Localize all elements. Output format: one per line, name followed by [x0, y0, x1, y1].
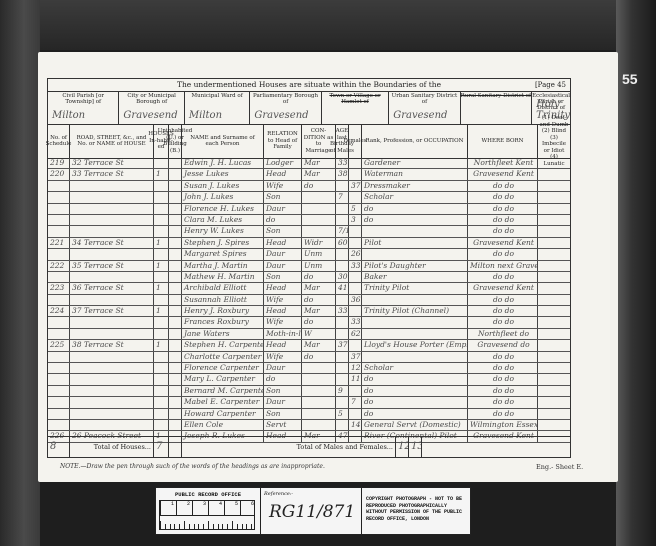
cell-born: do do: [468, 386, 538, 396]
cell-occupation: do: [362, 215, 468, 225]
cell-uninhabited: [169, 181, 182, 191]
cell-address: [70, 272, 154, 282]
cell-name: Mathew H. Martin: [182, 272, 264, 282]
cell-born: do do: [468, 397, 538, 407]
district-label: Town or Village or Hamlet of: [322, 91, 388, 105]
cell-occupation: [362, 329, 468, 339]
cell-address: 35 Terrace St: [70, 261, 154, 271]
cell-name: Clara M. Lukes: [182, 215, 264, 225]
district-label: Urban Sanitary District of: [389, 91, 459, 105]
cell-address: [70, 420, 154, 430]
cell-condition: do: [302, 181, 336, 191]
column-header: NAME and Surname of each Person: [182, 124, 264, 158]
table-row: Margaret SpiresDaurUnm26do do: [48, 249, 570, 260]
cell-uninhabited: [169, 169, 182, 179]
cell-age-f: 14: [349, 420, 362, 430]
cell-born: do do: [468, 181, 538, 191]
cell-infirmity: [538, 420, 570, 430]
district-cell: Town or Village or Hamlet of: [322, 91, 389, 124]
cell-born: do do: [468, 204, 538, 214]
cell-born: Gravesend Kent: [468, 283, 538, 293]
cell-age-f: [349, 192, 362, 202]
cell-occupation: do: [362, 409, 468, 419]
cell-uninhabited: [169, 306, 182, 316]
pro-ruler-section: PUBLIC RECORD OFFICE 123456: [156, 488, 261, 534]
district-value: Gravesend: [254, 110, 308, 121]
public-record-office-label: PUBLIC RECORD OFFICE 123456 Reference:- …: [155, 487, 471, 535]
district-value: Gravesend: [393, 110, 447, 121]
district-header-row: Civil Parish [or Township] ofMiltonCity …: [48, 91, 570, 125]
table-row: 22538 Terrace St1Stephen H. CarpenterHea…: [48, 340, 570, 351]
cell-born: Northfleet Kent: [468, 158, 538, 168]
cell-address: 37 Terrace St: [70, 306, 154, 316]
reference-number: RG11/871: [269, 502, 355, 522]
cell-age-m: 30: [336, 272, 349, 282]
column-header: No. of Schedule: [48, 124, 70, 158]
cell-condition: Unm: [302, 249, 336, 259]
cell-condition: do: [302, 317, 336, 327]
sheet-label: Eng.- Sheet E.: [536, 463, 583, 471]
cell-occupation: Scholar: [362, 192, 468, 202]
cell-relation: Head: [264, 238, 302, 248]
cell-occupation: do: [362, 374, 468, 384]
pro-reference-section: Reference:- RG11/871: [261, 488, 362, 534]
cell-infirmity: [538, 352, 570, 362]
district-value: Milton: [189, 110, 222, 121]
cell-address: [70, 226, 154, 236]
cell-occupation: Pilot's Daughter: [362, 261, 468, 271]
cell-born: do do: [468, 215, 538, 225]
cell-inhabited: [154, 420, 169, 430]
cell-schedule: [48, 409, 70, 419]
scan-background-top: [0, 0, 656, 50]
cell-infirmity: [538, 306, 570, 316]
cell-address: 36 Terrace St: [70, 283, 154, 293]
cell-infirmity: [538, 181, 570, 191]
cell-schedule: [48, 215, 70, 225]
cell-age-f: 36: [349, 295, 362, 305]
district-cell: Parliamentary Borough ofGravesend: [250, 91, 321, 124]
cell-name: Jesse Lukes: [182, 169, 264, 179]
cell-born: do do: [468, 409, 538, 419]
cell-born: Gravesend Kent: [468, 169, 538, 179]
table-row: Charlotte CarpenterWifedo37do do: [48, 352, 570, 363]
cell-age-f: [349, 283, 362, 293]
cell-infirmity: [538, 238, 570, 248]
cell-infirmity: [538, 363, 570, 373]
total-females: 13: [409, 437, 422, 457]
cell-inhabited: [154, 317, 169, 327]
cell-uninhabited: [169, 352, 182, 362]
cell-relation: Servt: [264, 420, 302, 430]
cell-schedule: 222: [48, 261, 70, 271]
cell-address: 38 Terrace St: [70, 340, 154, 350]
column-header: RELATION to Head of Family: [264, 124, 302, 158]
cell-inhabited: 1: [154, 283, 169, 293]
cell-age-f: 33: [349, 261, 362, 271]
total-males: 12: [396, 437, 409, 457]
total-schedules: 8: [48, 437, 70, 457]
cell-relation: Wife: [264, 352, 302, 362]
cell-name: Bernard M. Carpenter: [182, 386, 264, 396]
cell-age-f: [349, 386, 362, 396]
cell-condition: do: [302, 295, 336, 305]
district-value: Milton: [52, 110, 85, 121]
cell-relation: Head: [264, 283, 302, 293]
cell-age-m: [336, 249, 349, 259]
district-label: Rural Sanitary District of: [461, 91, 531, 99]
table-row: Susannah ElliottWifedo36do do: [48, 295, 570, 306]
cell-age-m: 7: [336, 192, 349, 202]
pro-office-title: PUBLIC RECORD OFFICE: [156, 488, 260, 498]
cell-occupation: [362, 295, 468, 305]
cell-born: do do: [468, 249, 538, 259]
cell-infirmity: [538, 295, 570, 305]
cell-age-f: [349, 238, 362, 248]
cell-schedule: [48, 363, 70, 373]
cell-age-f: 11: [349, 374, 362, 384]
cell-condition: do: [302, 352, 336, 362]
cell-inhabited: 1: [154, 306, 169, 316]
district-cell: Rural Sanitary District of: [461, 91, 532, 124]
cell-inhabited: [154, 158, 169, 168]
cell-infirmity: [538, 261, 570, 271]
cell-uninhabited: [169, 363, 182, 373]
cell-schedule: [48, 329, 70, 339]
cell-age-m: [336, 420, 349, 430]
cell-relation: Daur: [264, 363, 302, 373]
cell-age-m: [336, 397, 349, 407]
cell-uninhabited: [169, 204, 182, 214]
cell-age-m: [336, 295, 349, 305]
table-row: Jane WatersMoth-in-lawW62Northfleet do: [48, 329, 570, 340]
cell-inhabited: [154, 386, 169, 396]
cell-occupation: Gardener: [362, 158, 468, 168]
cell-uninhabited: [169, 409, 182, 419]
cell-relation: Son: [264, 272, 302, 282]
cell-schedule: [48, 420, 70, 430]
cell-schedule: [48, 249, 70, 259]
cell-relation: Moth-in-law: [264, 329, 302, 339]
cell-schedule: 224: [48, 306, 70, 316]
cell-address: [70, 215, 154, 225]
cell-age-f: 5: [349, 204, 362, 214]
cell-relation: Wife: [264, 295, 302, 305]
table-row: Mary L. Carpenterdo11dodo do: [48, 374, 570, 385]
cell-address: [70, 397, 154, 407]
cell-inhabited: [154, 215, 169, 225]
cell-inhabited: [154, 192, 169, 202]
cell-name: Henry W. Lukes: [182, 226, 264, 236]
cell-name: Howard Carpenter: [182, 409, 264, 419]
cell-condition: Mar: [302, 158, 336, 168]
cell-born: do do: [468, 226, 538, 236]
cell-uninhabited: [169, 272, 182, 282]
cell-born: Northfleet do: [468, 329, 538, 339]
cell-occupation: Lloyd's House Porter (Employing 10 men 2…: [362, 340, 468, 350]
table-row: Mabel E. CarpenterDaur7dodo do: [48, 397, 570, 408]
total-blank: [422, 437, 570, 457]
cell-address: [70, 352, 154, 362]
cell-inhabited: [154, 181, 169, 191]
cell-age-f: [349, 158, 362, 168]
cell-relation: Son: [264, 386, 302, 396]
cell-schedule: [48, 192, 70, 202]
cell-name: Stephen H. Carpenter: [182, 340, 264, 350]
table-row: 22033 Terrace St1Jesse LukesHeadMar38Wat…: [48, 169, 570, 180]
column-header: Rank, Profession, or OCCUPATION: [362, 124, 468, 158]
cell-condition: [302, 215, 336, 225]
district-cell: Urban Sanitary District ofGravesend: [389, 91, 460, 124]
column-header: Uninhabited (U.) or Building (B.): [169, 124, 182, 158]
cell-schedule: [48, 295, 70, 305]
cell-age-m: 33: [336, 306, 349, 316]
cell-age-f: 26: [349, 249, 362, 259]
table-row: Clara M. Lukesdo3dodo do: [48, 215, 570, 226]
cell-condition: Widr: [302, 238, 336, 248]
cell-born: do do: [468, 192, 538, 202]
cell-occupation: Waterman: [362, 169, 468, 179]
cell-name: Mabel E. Carpenter: [182, 397, 264, 407]
district-cell: Municipal Ward ofMilton: [185, 91, 250, 124]
cell-relation: Head: [264, 169, 302, 179]
cell-uninhabited: [169, 283, 182, 293]
cell-occupation: Pilot: [362, 238, 468, 248]
cell-age-f: 7: [349, 397, 362, 407]
cell-age-f: [349, 226, 362, 236]
cell-inhabited: 1: [154, 261, 169, 271]
district-cell: Civil Parish [or Township] ofMilton: [48, 91, 119, 124]
cell-age-f: 37: [349, 181, 362, 191]
cell-condition: Mar: [302, 169, 336, 179]
cell-inhabited: [154, 374, 169, 384]
cell-uninhabited: [169, 238, 182, 248]
cell-relation: do: [264, 215, 302, 225]
cell-address: [70, 181, 154, 191]
cell-occupation: do: [362, 386, 468, 396]
cell-uninhabited: [169, 215, 182, 225]
cell-condition: do: [302, 272, 336, 282]
cell-address: [70, 204, 154, 214]
cell-age-m: 7/12: [336, 226, 349, 236]
cell-born: do do: [468, 272, 538, 282]
cell-schedule: [48, 204, 70, 214]
cell-uninhabited: [169, 249, 182, 259]
cell-uninhabited: [169, 226, 182, 236]
cell-condition: W: [302, 329, 336, 339]
cell-condition: [302, 409, 336, 419]
table-row: 22134 Terrace St1Stephen J. SpiresHeadWi…: [48, 238, 570, 249]
cell-inhabited: [154, 249, 169, 259]
cell-condition: Unm: [302, 261, 336, 271]
cell-inhabited: [154, 397, 169, 407]
cell-name: Edwin J. H. Lucas: [182, 158, 264, 168]
cell-schedule: 220: [48, 169, 70, 179]
table-row: Howard CarpenterSon5dodo do: [48, 409, 570, 420]
district-value: Gravesend: [123, 110, 177, 121]
reference-label: Reference:-: [261, 488, 361, 500]
cell-age-f: [349, 306, 362, 316]
cell-uninhabited: [169, 397, 182, 407]
cell-schedule: 223: [48, 283, 70, 293]
cell-infirmity: [538, 215, 570, 225]
cell-occupation: [362, 317, 468, 327]
cell-age-m: [336, 352, 349, 362]
cell-born: Gravesend Kent: [468, 238, 538, 248]
cell-name: Mary L. Carpenter: [182, 374, 264, 384]
cell-condition: [302, 192, 336, 202]
cell-address: [70, 317, 154, 327]
cell-age-m: [336, 374, 349, 384]
district-label: City or Municipal Borough of: [119, 91, 183, 105]
cell-infirmity: [538, 169, 570, 179]
table-row: Frances RoxburyWifedo33do do: [48, 317, 570, 328]
cell-infirmity: [538, 397, 570, 407]
cell-inhabited: [154, 295, 169, 305]
cell-uninhabited: [169, 158, 182, 168]
district-label: Civil Parish [or Township] of: [48, 91, 118, 105]
district-label: Parliamentary Borough of: [250, 91, 320, 105]
cell-relation: Lodger: [264, 158, 302, 168]
cell-occupation: do: [362, 397, 468, 407]
cell-name: Stephen J. Spires: [182, 238, 264, 248]
cell-relation: Daur: [264, 204, 302, 214]
cell-schedule: [48, 397, 70, 407]
cell-uninhabited: [169, 386, 182, 396]
cell-uninhabited: [169, 420, 182, 430]
cell-age-f: [349, 272, 362, 282]
cell-born: do do: [468, 352, 538, 362]
cell-address: 32 Terrace St: [70, 158, 154, 168]
cell-uninhabited: [169, 329, 182, 339]
cell-born: do do: [468, 363, 538, 373]
cell-age-m: [336, 329, 349, 339]
cell-condition: [302, 204, 336, 214]
table-row: 22336 Terrace St1Archibald ElliottHeadMa…: [48, 283, 570, 294]
census-rows: 21932 Terrace StEdwin J. H. LucasLodgerM…: [48, 158, 570, 443]
cell-name: Florence H. Lukes: [182, 204, 264, 214]
total-uninhabited: [169, 437, 182, 457]
cell-born: do do: [468, 306, 538, 316]
cell-address: [70, 295, 154, 305]
cell-age-m: 9: [336, 386, 349, 396]
table-row: 21932 Terrace StEdwin J. H. LucasLodgerM…: [48, 158, 570, 169]
cell-relation: Son: [264, 192, 302, 202]
cell-condition: [302, 374, 336, 384]
cell-age-m: [336, 204, 349, 214]
cell-schedule: [48, 317, 70, 327]
cell-infirmity: [538, 374, 570, 384]
cell-relation: Daur: [264, 249, 302, 259]
cell-age-f: 62: [349, 329, 362, 339]
column-header: (1) Deaf-and-Dumb (2) Blind (3) Imbecile…: [538, 124, 570, 158]
cell-occupation: Trinity Pilot: [362, 283, 468, 293]
cell-condition: [302, 363, 336, 373]
cell-name: John J. Lukes: [182, 192, 264, 202]
cell-name: Henry J. Roxbury: [182, 306, 264, 316]
cell-relation: do: [264, 374, 302, 384]
scan-background-left: [0, 0, 40, 546]
cell-schedule: 221: [48, 238, 70, 248]
cell-name: Susan J. Lukes: [182, 181, 264, 191]
cell-born: Wilmington Essex: [468, 420, 538, 430]
cell-occupation: Scholar: [362, 363, 468, 373]
scale-ruler: 123456: [159, 500, 255, 530]
table-row: Susan J. LukesWifedo37Dressmakerdo do: [48, 181, 570, 192]
cell-inhabited: [154, 352, 169, 362]
cell-name: Frances Roxbury: [182, 317, 264, 327]
cell-uninhabited: [169, 261, 182, 271]
cell-schedule: [48, 272, 70, 282]
table-row: 22235 Terrace St1Martha J. MartinDaurUnm…: [48, 261, 570, 272]
cell-inhabited: [154, 204, 169, 214]
cell-infirmity: [538, 249, 570, 259]
cell-age-m: [336, 215, 349, 225]
cell-age-m: [336, 181, 349, 191]
cell-born: do do: [468, 374, 538, 384]
copyright-notice: COPYRIGHT PHOTOGRAPH - NOT TO BE REPRODU…: [362, 488, 470, 534]
cell-born: do do: [468, 317, 538, 327]
page-label: [Page 45: [535, 79, 566, 91]
cell-occupation: Dressmaker: [362, 181, 468, 191]
cell-name: Martha J. Martin: [182, 261, 264, 271]
cell-uninhabited: [169, 295, 182, 305]
cell-age-m: [336, 261, 349, 271]
cell-condition: Mar: [302, 306, 336, 316]
cell-relation: Wife: [264, 317, 302, 327]
cell-inhabited: 1: [154, 169, 169, 179]
cell-inhabited: 1: [154, 238, 169, 248]
column-header: WHERE BORN: [468, 124, 538, 158]
cell-age-m: 5: [336, 409, 349, 419]
table-row: Florence H. LukesDaur5dodo do: [48, 204, 570, 215]
cell-occupation: General Servt (Domestic): [362, 420, 468, 430]
total-houses-label: Total of Houses...: [70, 437, 154, 457]
cell-occupation: [362, 352, 468, 362]
district-label: Municipal Ward of: [185, 91, 249, 99]
cell-age-f: 33: [349, 317, 362, 327]
census-form: The undermentioned Houses are situate wi…: [47, 78, 571, 458]
form-note: NOTE.—Draw the pen through such of the w…: [60, 463, 325, 470]
cell-relation: Head: [264, 340, 302, 350]
cell-age-f: 12: [349, 363, 362, 373]
district-cell: City or Municipal Borough ofGravesend: [119, 91, 184, 124]
cell-age-f: [349, 409, 362, 419]
column-header: Females: [349, 124, 362, 158]
cell-infirmity: [538, 226, 570, 236]
cell-age-m: 37: [336, 340, 349, 350]
cell-name: Margaret Spires: [182, 249, 264, 259]
cell-schedule: 225: [48, 340, 70, 350]
cell-infirmity: [538, 283, 570, 293]
cell-schedule: [48, 226, 70, 236]
cell-inhabited: [154, 363, 169, 373]
totals-row: 8 Total of Houses... 7 Total of Males an…: [48, 436, 570, 457]
cell-occupation: [362, 226, 468, 236]
cell-name: Ellen Cole: [182, 420, 264, 430]
cell-address: [70, 329, 154, 339]
cell-inhabited: 1: [154, 340, 169, 350]
cell-name: Susannah Elliott: [182, 295, 264, 305]
cell-uninhabited: [169, 317, 182, 327]
cell-age-f: [349, 169, 362, 179]
cell-occupation: Baker: [362, 272, 468, 282]
cell-infirmity: [538, 272, 570, 282]
cell-age-m: 41: [336, 283, 349, 293]
cell-name: Archibald Elliott: [182, 283, 264, 293]
cell-uninhabited: [169, 340, 182, 350]
cell-infirmity: [538, 192, 570, 202]
